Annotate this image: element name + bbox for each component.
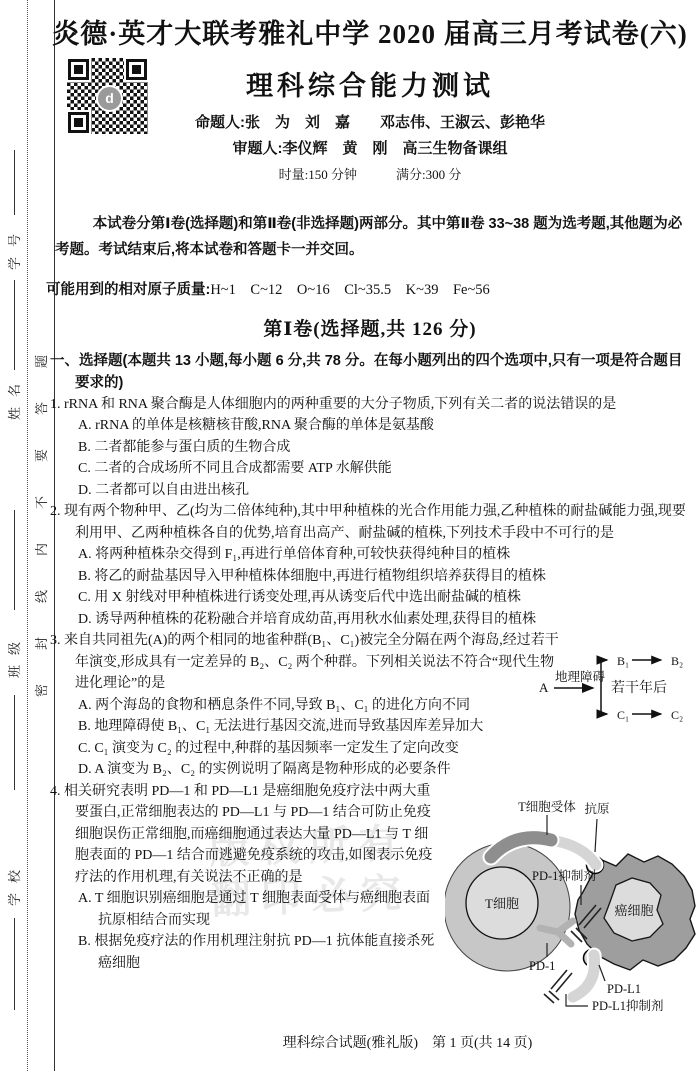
margin-field-student-id: 学号 [4,218,24,270]
margin-field-class: 班级 [4,626,24,678]
option-a: A. 将两种植株杂交得到 F₁,再进行单倍体育种,可较快获得纯种目的植株 [46,544,694,566]
option-c: C. C₁ 演变为 C₂ 的过程中,种群的基因频率一定发生了定向改变 [46,738,694,760]
exam-instructions: 本试卷分第Ⅰ卷(选择题)和第Ⅱ卷(非选择题)两部分。其中第Ⅱ卷 33~38 题为… [55,211,694,263]
pdl1-label: PD-L1 [607,982,641,996]
option-c: C. 用 X 射线对甲种植株进行诱变处理,再从诱变后代中选出耐盐碱的植株 [46,587,694,609]
page-footer: 理科综合试题(雅礼版) 第 1 页(共 14 页) [115,1032,700,1052]
trailing-blank-line [14,918,15,1010]
option-b: B. 地理障碍使 B₁、C₁ 无法进行基因交流,进而导致基因库差异加大 [46,716,694,738]
student-id-blank-line [14,150,15,215]
question-stem: 现有两个物种甲、乙(均为二倍体纯种),其中甲种植株的光合作用能力强,乙种植株的耐… [64,504,686,541]
pdl1-inhibitor-label: PD-L1抑制剂 [592,998,664,1013]
school-blank-line [14,695,15,790]
question-stem: 相关研究表明 PD—1 和 PD—L1 是癌细胞免疫疗法中两大重要蛋白,正常细胞… [64,784,432,885]
atomic-mass-label: 可能用到的相对原子质量: [46,282,210,298]
multiple-choice-instructions: 一、选择题(本题共 13 小题,每小题 6 分,共 78 分。在每小题列出的四个… [46,350,694,394]
setters-line: 命题人:张 为 刘 嘉 邓志伟、王淑云、彭艳华 [46,111,694,132]
question-number: 1. [50,397,61,412]
name-blank-line [14,280,15,370]
option-d: D. A 演变为 B₂、C₂ 的实例说明了隔离是物种形成的必要条件 [46,759,694,781]
option-a: A. T 细胞识别癌细胞是通过 T 细胞表面受体与癌细胞表面抗原相结合而实现 [46,888,438,931]
class-blank-line [14,510,15,610]
option-a: A. 两个海岛的食物和栖息条件不同,导致 B₁、C₁ 的进化方向不同 [46,695,694,717]
exam-title: 理科综合能力测试 [46,64,694,103]
question-3: 3. 来自共同祖先(A)的两个相同的地雀种群(B₁、C₁)被完全分隔在两个海岛,… [46,630,694,781]
question-2: 2. 现有两个物种甲、乙(均为二倍体纯种),其中甲种植株的光合作用能力强,乙种植… [46,501,694,630]
reviewers-line: 审题人:李仪辉 黄 刚 高三生物备课组 [46,137,694,158]
option-c: C. 二者的合成场所不同且合成都需要 ATP 水解供能 [46,458,694,480]
question-number: 3. [50,633,61,648]
margin-field-name: 姓名 [4,368,24,420]
section-1-title: 第Ⅰ卷(选择题,共 126 分) [46,314,694,341]
atomic-mass-values: H~1 C~12 O~16 Cl~35.5 K~39 Fe~56 [210,282,489,298]
series-title: 炎德·英才大联考雅礼中学 2020 届高三月考试卷(六) [46,12,694,51]
question-4: 4. 相关研究表明 PD—1 和 PD—L1 是癌细胞免疫疗法中两大重要蛋白,正… [46,781,438,975]
option-b: B. 二者都能参与蛋白质的生物合成 [46,437,694,459]
question-number: 4. [50,784,61,799]
option-a: A. rRNA 的单体是核糖核苷酸,RNA 聚合酶的单体是氨基酸 [46,415,694,437]
exam-page: 学号 姓名 班级 学校 密封线内不要答题 d 版权所有 翻印必究 炎德·英才大联… [0,0,700,1071]
question-1: 1. rRNA 和 RNA 聚合酶是人体细胞内的两种重要的大分子物质,下列有关二… [46,394,694,502]
seal-dotted-line [27,0,28,1071]
option-b: B. 根据免疫疗法的作用机理注射抗 PD—1 抗体能直接杀死癌细胞 [46,931,438,974]
option-d: D. 诱导两种植株的花粉融合并培育成幼苗,再用秋水仙素处理,获得目的植株 [46,609,694,631]
option-d: D. 二者都可以自由进出核孔 [46,480,694,502]
margin-field-school: 学校 [4,854,24,906]
question-stem: 来自共同祖先(A)的两个相同的地雀种群(B₁、C₁)被完全分隔在两个海岛,经过若… [64,633,559,691]
duration-score-line: 时量:150 分钟 满分:300 分 [46,164,694,183]
question-number: 2. [50,504,61,519]
option-b: B. 将乙的耐盐基因导入甲种植株体细胞中,再进行植物组织培养获得目的植株 [46,566,694,588]
page-content: 炎德·英才大联考雅礼中学 2020 届高三月考试卷(六) 理科综合能力测试 命题… [46,0,694,974]
atomic-mass-line: 可能用到的相对原子质量:H~1 C~12 O~16 Cl~35.5 K~39 F… [46,278,694,299]
question-stem: rRNA 和 RNA 聚合酶是人体细胞内的两种重要的大分子物质,下列有关二者的说… [64,397,616,412]
